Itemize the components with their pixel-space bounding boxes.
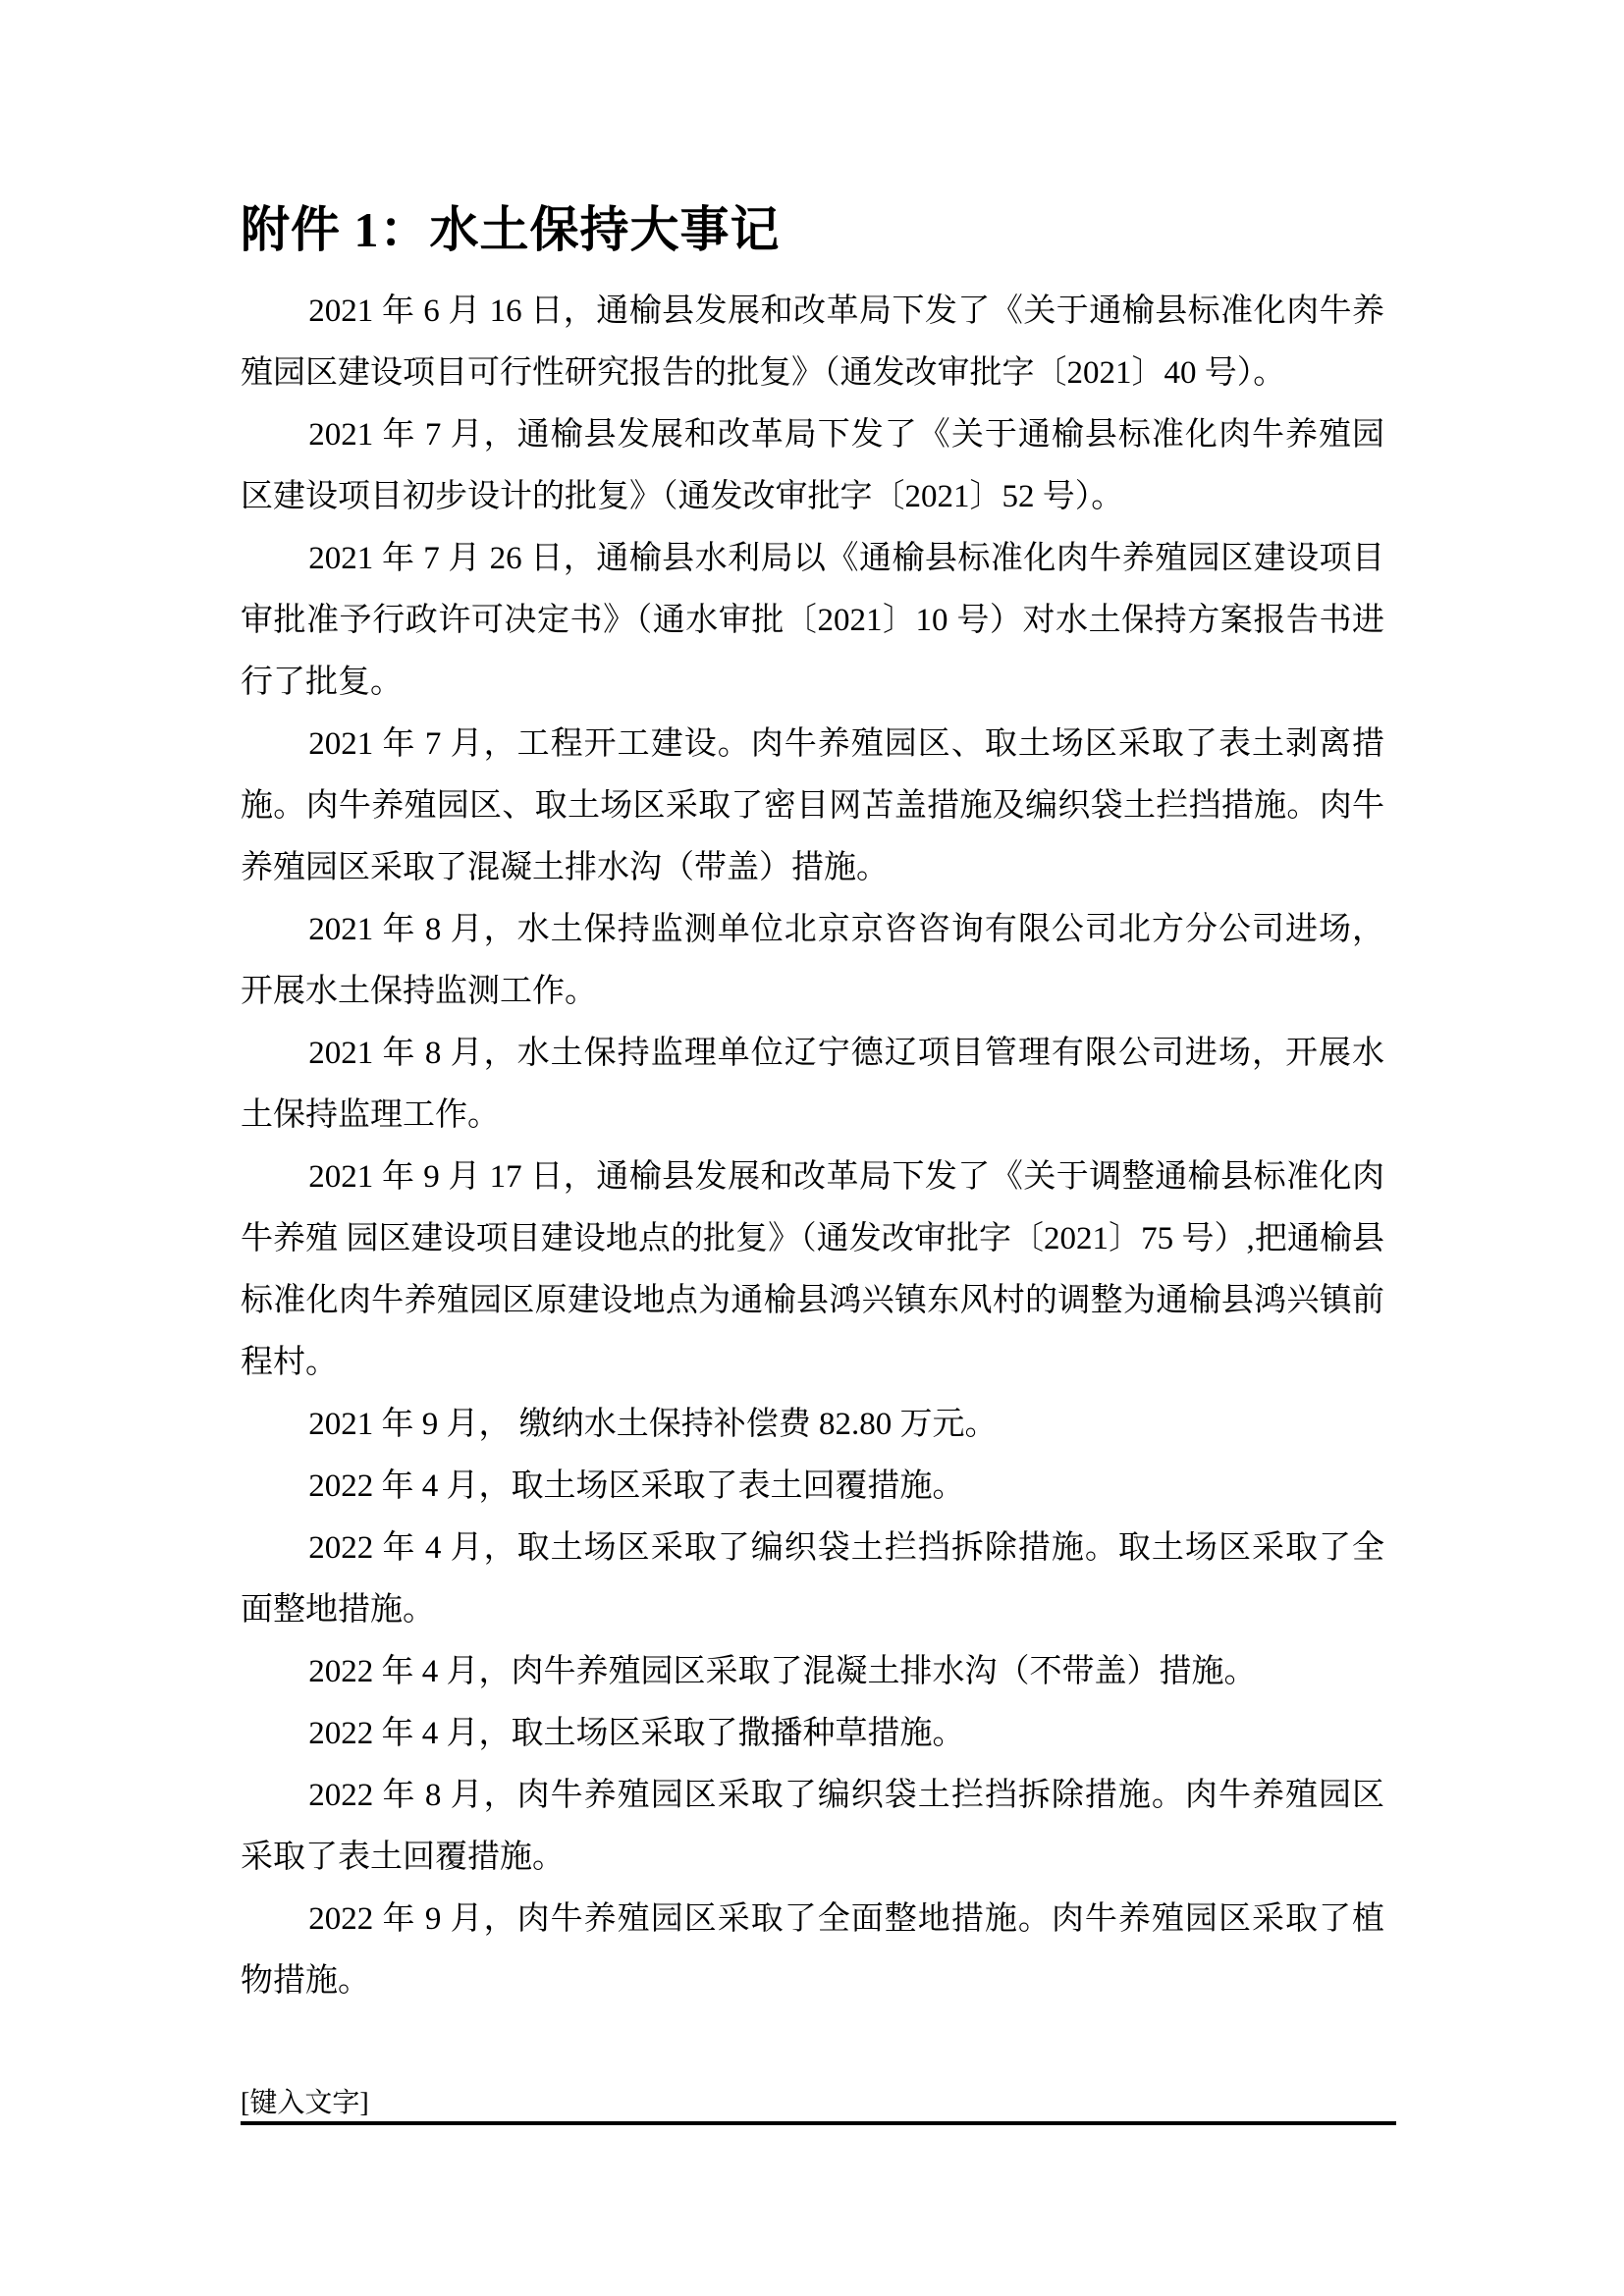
paragraph: 2022 年 4 月，取土场区采取了撒播种草措施。 — [241, 1703, 1384, 1765]
document-body: 附件 1：水土保持大事记 2021 年 6 月 16 日，通榆县发展和改革局下发… — [241, 199, 1384, 2012]
paragraph: 2021 年 7 月，工程开工建设。肉牛养殖园区、取土场区采取了表土剥离措施。肉… — [241, 714, 1384, 899]
paragraph: 2021 年 8 月，水土保持监理单位辽宁德辽项目管理有限公司进场，开展水土保持… — [241, 1023, 1384, 1147]
paragraph: 2021 年 7 月 26 日，通榆县水利局以《通榆县标准化肉牛养殖园区建设项目… — [241, 528, 1384, 714]
paragraph: 2021 年 9 月， 缴纳水土保持补偿费 82.80 万元。 — [241, 1394, 1384, 1456]
paragraph: 2021 年 9 月 17 日，通榆县发展和改革局下发了《关于调整通榆县标准化肉… — [241, 1147, 1384, 1394]
document-title: 附件 1：水土保持大事记 — [241, 199, 1384, 260]
paragraph: 2021 年 8 月，水土保持监测单位北京京咨咨询有限公司北方分公司进场，开展水… — [241, 899, 1384, 1023]
footer-rule — [241, 2121, 1396, 2125]
paragraph: 2022 年 4 月，取土场区采取了表土回覆措施。 — [241, 1456, 1384, 1518]
paragraph: 2022 年 4 月，取土场区采取了编织袋土拦挡拆除措施。取土场区采取了全面整地… — [241, 1518, 1384, 1641]
paragraph: 2022 年 9 月，肉牛养殖园区采取了全面整地措施。肉牛养殖园区采取了植物措施… — [241, 1889, 1384, 2012]
paragraph: 2021 年 7 月，通榆县发展和改革局下发了《关于通榆县标准化肉牛养殖园区建设… — [241, 404, 1384, 528]
footer-placeholder: [键入文字] — [241, 2087, 369, 2120]
paragraph: 2021 年 6 月 16 日，通榆县发展和改革局下发了《关于通榆县标准化肉牛养… — [241, 281, 1384, 404]
paragraph-list: 2021 年 6 月 16 日，通榆县发展和改革局下发了《关于通榆县标准化肉牛养… — [241, 281, 1384, 2012]
paragraph: 2022 年 8 月，肉牛养殖园区采取了编织袋土拦挡拆除措施。肉牛养殖园区采取了… — [241, 1765, 1384, 1889]
paragraph: 2022 年 4 月，肉牛养殖园区采取了混凝土排水沟（不带盖）措施。 — [241, 1641, 1384, 1703]
document-page: 附件 1：水土保持大事记 2021 年 6 月 16 日，通榆县发展和改革局下发… — [0, 0, 1624, 2296]
